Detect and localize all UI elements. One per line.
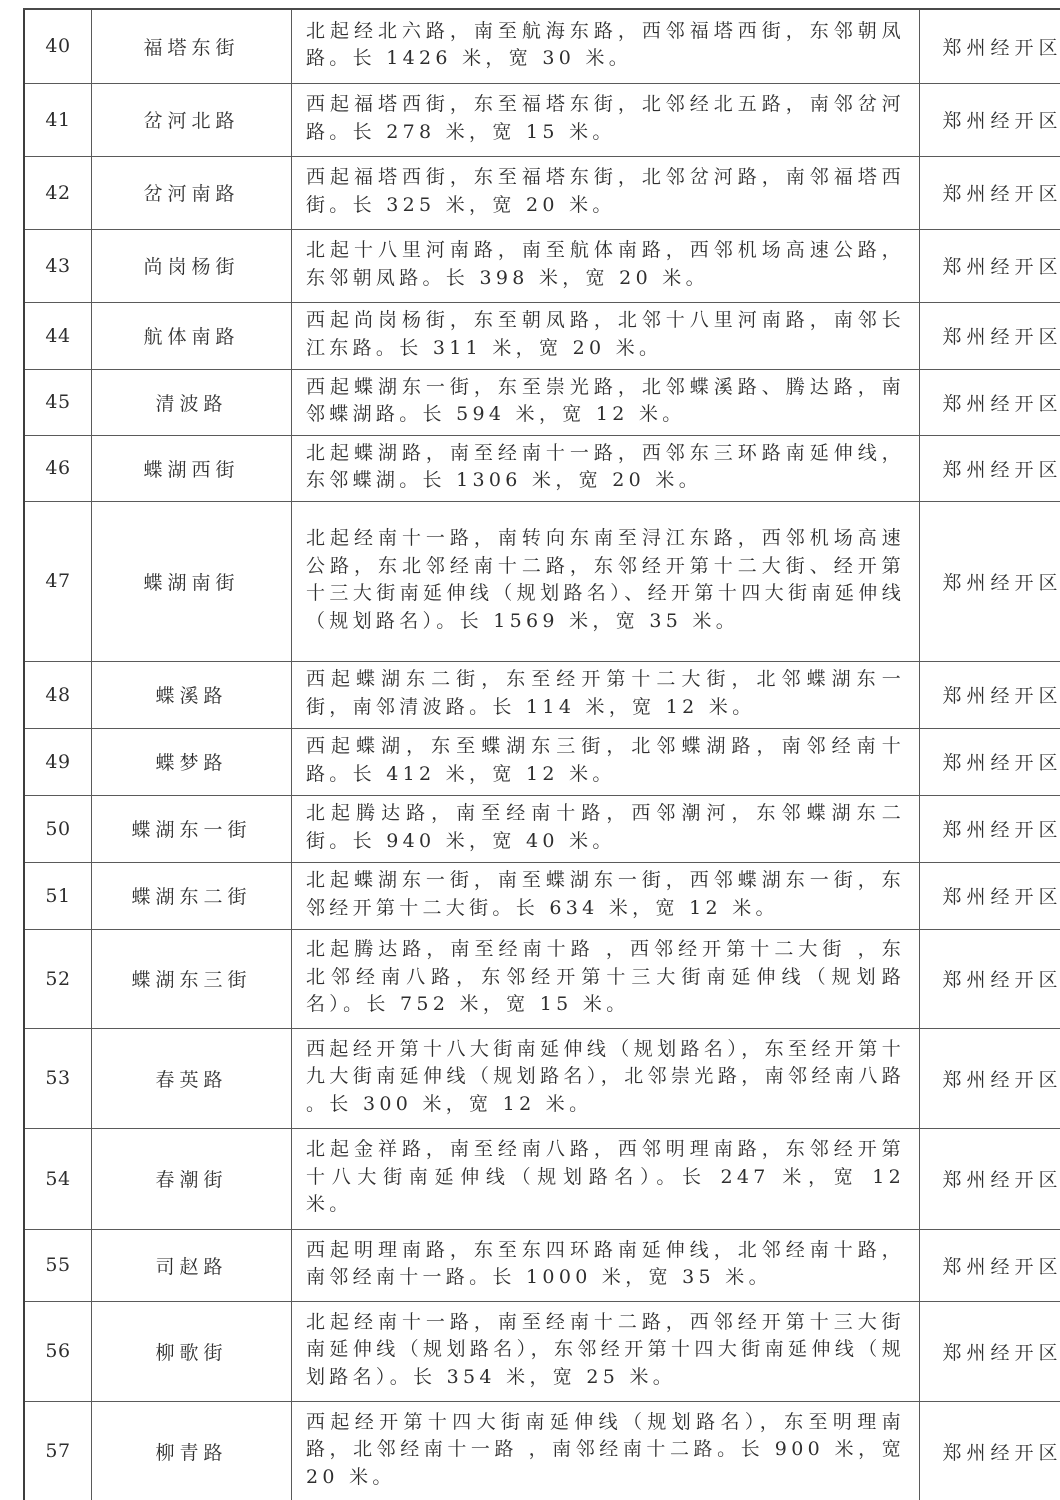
road-description-cell: 北起蝶湖东一街，南至蝶湖东一街，西邻蝶湖东一街，东邻经开第十二大街。长 634 … [292, 862, 920, 929]
road-description-cell: 北起金祥路，南至经南八路，西邻明理南路，东邻经开第十八大街南延伸线（规划路名）。… [292, 1128, 920, 1229]
district-cell: 郑州经开区 [920, 156, 1060, 229]
district-cell: 郑州经开区 [920, 929, 1060, 1028]
district-cell: 郑州经开区 [920, 728, 1060, 795]
road-name-cell: 春潮街 [92, 1128, 292, 1229]
road-description-cell: 北起十八里河南路，南至航体南路，西邻机场高速公路，东邻朝凤路。长 398 米，宽… [292, 229, 920, 302]
table-row: 57 柳青路 西起经开第十四大街南延伸线（规划路名），东至明理南路，北邻经南十一… [24, 1401, 1060, 1500]
district-cell: 郑州经开区 [920, 229, 1060, 302]
table-row: 53 春英路 西起经开第十八大街南延伸线（规划路名），东至经开第十九大街南延伸线… [24, 1028, 1060, 1128]
road-name-cell: 清波路 [92, 369, 292, 435]
table-body: 40 福塔东街 北起经北六路，南至航海东路，西邻福塔西街，东邻朝凤路。长 142… [24, 9, 1060, 1500]
district-cell: 郑州经开区 [920, 1028, 1060, 1128]
row-number-cell: 53 [24, 1028, 92, 1128]
row-number-cell: 56 [24, 1301, 92, 1401]
district-cell: 郑州经开区 [920, 83, 1060, 156]
district-cell: 郑州经开区 [920, 661, 1060, 728]
road-name-cell: 柳青路 [92, 1401, 292, 1500]
road-name-cell: 柳歌街 [92, 1301, 292, 1401]
district-cell: 郑州经开区 [920, 9, 1060, 83]
row-number-cell: 48 [24, 661, 92, 728]
table-row: 45 清波路 西起蝶湖东一街，东至崇光路，北邻蝶溪路、腾达路，南邻蝶湖路。长 5… [24, 369, 1060, 435]
road-name-cell: 岔河南路 [92, 156, 292, 229]
row-number-cell: 55 [24, 1229, 92, 1301]
road-description-cell: 西起蝶湖东二街，东至经开第十二大街，北邻蝶湖东一街，南邻清波路。长 114 米，… [292, 661, 920, 728]
table-row: 47 蝶湖南街 北起经南十一路，南转向东南至浔江东路，西邻机场高速公路，东北邻经… [24, 501, 1060, 661]
table-row: 49 蝶梦路 西起蝶湖，东至蝶湖东三街，北邻蝶湖路，南邻经南十路。长 412 米… [24, 728, 1060, 795]
district-cell: 郑州经开区 [920, 501, 1060, 661]
table-row: 51 蝶湖东二街 北起蝶湖东一街，南至蝶湖东一街，西邻蝶湖东一街，东邻经开第十二… [24, 862, 1060, 929]
row-number-cell: 57 [24, 1401, 92, 1500]
row-number-cell: 50 [24, 795, 92, 862]
road-name-cell: 蝶湖南街 [92, 501, 292, 661]
road-name-cell: 尚岗杨街 [92, 229, 292, 302]
road-name-cell: 蝶湖东二街 [92, 862, 292, 929]
road-description-cell: 西起经开第十四大街南延伸线（规划路名），东至明理南路，北邻经南十一路 ，南邻经南… [292, 1401, 920, 1500]
road-description-cell: 西起明理南路，东至东四环路南延伸线，北邻经南十路，南邻经南十一路。长 1000 … [292, 1229, 920, 1301]
road-naming-table: 40 福塔东街 北起经北六路，南至航海东路，西邻福塔西街，东邻朝凤路。长 142… [23, 8, 1060, 1500]
road-name-cell: 蝶溪路 [92, 661, 292, 728]
table-row: 55 司赵路 西起明理南路，东至东四环路南延伸线，北邻经南十路，南邻经南十一路。… [24, 1229, 1060, 1301]
row-number-cell: 49 [24, 728, 92, 795]
road-name-cell: 蝶湖东三街 [92, 929, 292, 1028]
road-name-cell: 岔河北路 [92, 83, 292, 156]
road-name-cell: 福塔东街 [92, 9, 292, 83]
road-description-cell: 西起蝶湖东一街，东至崇光路，北邻蝶溪路、腾达路，南邻蝶湖路。长 594 米，宽 … [292, 369, 920, 435]
table-row: 56 柳歌街 北起经南十一路，南至经南十二路，西邻经开第十三大街南延伸线（规划路… [24, 1301, 1060, 1401]
table-row: 48 蝶溪路 西起蝶湖东二街，东至经开第十二大街，北邻蝶湖东一街，南邻清波路。长… [24, 661, 1060, 728]
table-row: 46 蝶湖西街 北起蝶湖路，南至经南十一路，西邻东三环路南延伸线，东邻蝶湖。长 … [24, 435, 1060, 501]
road-name-cell: 蝶湖东一街 [92, 795, 292, 862]
table-row: 43 尚岗杨街 北起十八里河南路，南至航体南路，西邻机场高速公路，东邻朝凤路。长… [24, 229, 1060, 302]
road-description-cell: 北起经北六路，南至航海东路，西邻福塔西街，东邻朝凤路。长 1426 米，宽 30… [292, 9, 920, 83]
row-number-cell: 43 [24, 229, 92, 302]
road-name-cell: 航体南路 [92, 302, 292, 369]
road-description-cell: 西起蝶湖，东至蝶湖东三街，北邻蝶湖路，南邻经南十路。长 412 米，宽 12 米… [292, 728, 920, 795]
road-description-cell: 北起腾达路，南至经南十路，西邻潮河，东邻蝶湖东二街。长 940 米，宽 40 米… [292, 795, 920, 862]
road-description-cell: 西起福塔西街，东至福塔东街，北邻岔河路，南邻福塔西街。长 325 米，宽 20 … [292, 156, 920, 229]
road-name-cell: 蝶梦路 [92, 728, 292, 795]
row-number-cell: 46 [24, 435, 92, 501]
table-row: 44 航体南路 西起尚岗杨街，东至朝凤路，北邻十八里河南路，南邻长江东路。长 3… [24, 302, 1060, 369]
district-cell: 郑州经开区 [920, 435, 1060, 501]
table-row: 42 岔河南路 西起福塔西街，东至福塔东街，北邻岔河路，南邻福塔西街。长 325… [24, 156, 1060, 229]
table-row: 54 春潮街 北起金祥路，南至经南八路，西邻明理南路，东邻经开第十八大街南延伸线… [24, 1128, 1060, 1229]
road-description-cell: 西起经开第十八大街南延伸线（规划路名），东至经开第十九大街南延伸线（规划路名），… [292, 1028, 920, 1128]
road-description-cell: 北起腾达路，南至经南十路 ，西邻经开第十二大街 ，东北邻经南八路，东邻经开第十三… [292, 929, 920, 1028]
road-name-cell: 蝶湖西街 [92, 435, 292, 501]
road-name-cell: 司赵路 [92, 1229, 292, 1301]
road-description-cell: 北起经南十一路，南转向东南至浔江东路，西邻机场高速公路，东北邻经南十二路，东邻经… [292, 501, 920, 661]
district-cell: 郑州经开区 [920, 369, 1060, 435]
road-name-cell: 春英路 [92, 1028, 292, 1128]
row-number-cell: 41 [24, 83, 92, 156]
row-number-cell: 40 [24, 9, 92, 83]
row-number-cell: 51 [24, 862, 92, 929]
road-description-cell: 西起尚岗杨街，东至朝凤路，北邻十八里河南路，南邻长江东路。长 311 米，宽 2… [292, 302, 920, 369]
district-cell: 郑州经开区 [920, 1301, 1060, 1401]
row-number-cell: 47 [24, 501, 92, 661]
row-number-cell: 52 [24, 929, 92, 1028]
row-number-cell: 44 [24, 302, 92, 369]
district-cell: 郑州经开区 [920, 1401, 1060, 1500]
road-description-cell: 北起经南十一路，南至经南十二路，西邻经开第十三大街南延伸线（规划路名），东邻经开… [292, 1301, 920, 1401]
road-description-cell: 西起福塔西街，东至福塔东街，北邻经北五路，南邻岔河路。长 278 米，宽 15 … [292, 83, 920, 156]
row-number-cell: 54 [24, 1128, 92, 1229]
district-cell: 郑州经开区 [920, 862, 1060, 929]
road-description-cell: 北起蝶湖路，南至经南十一路，西邻东三环路南延伸线，东邻蝶湖。长 1306 米，宽… [292, 435, 920, 501]
district-cell: 郑州经开区 [920, 1128, 1060, 1229]
district-cell: 郑州经开区 [920, 302, 1060, 369]
table-row: 50 蝶湖东一街 北起腾达路，南至经南十路，西邻潮河，东邻蝶湖东二街。长 940… [24, 795, 1060, 862]
district-cell: 郑州经开区 [920, 795, 1060, 862]
row-number-cell: 45 [24, 369, 92, 435]
district-cell: 郑州经开区 [920, 1229, 1060, 1301]
table-row: 52 蝶湖东三街 北起腾达路，南至经南十路 ，西邻经开第十二大街 ，东北邻经南八… [24, 929, 1060, 1028]
table-row: 40 福塔东街 北起经北六路，南至航海东路，西邻福塔西街，东邻朝凤路。长 142… [24, 9, 1060, 83]
road-naming-table-container: 40 福塔东街 北起经北六路，南至航海东路，西邻福塔西街，东邻朝凤路。长 142… [23, 8, 1056, 1500]
table-row: 41 岔河北路 西起福塔西街，东至福塔东街，北邻经北五路，南邻岔河路。长 278… [24, 83, 1060, 156]
row-number-cell: 42 [24, 156, 92, 229]
